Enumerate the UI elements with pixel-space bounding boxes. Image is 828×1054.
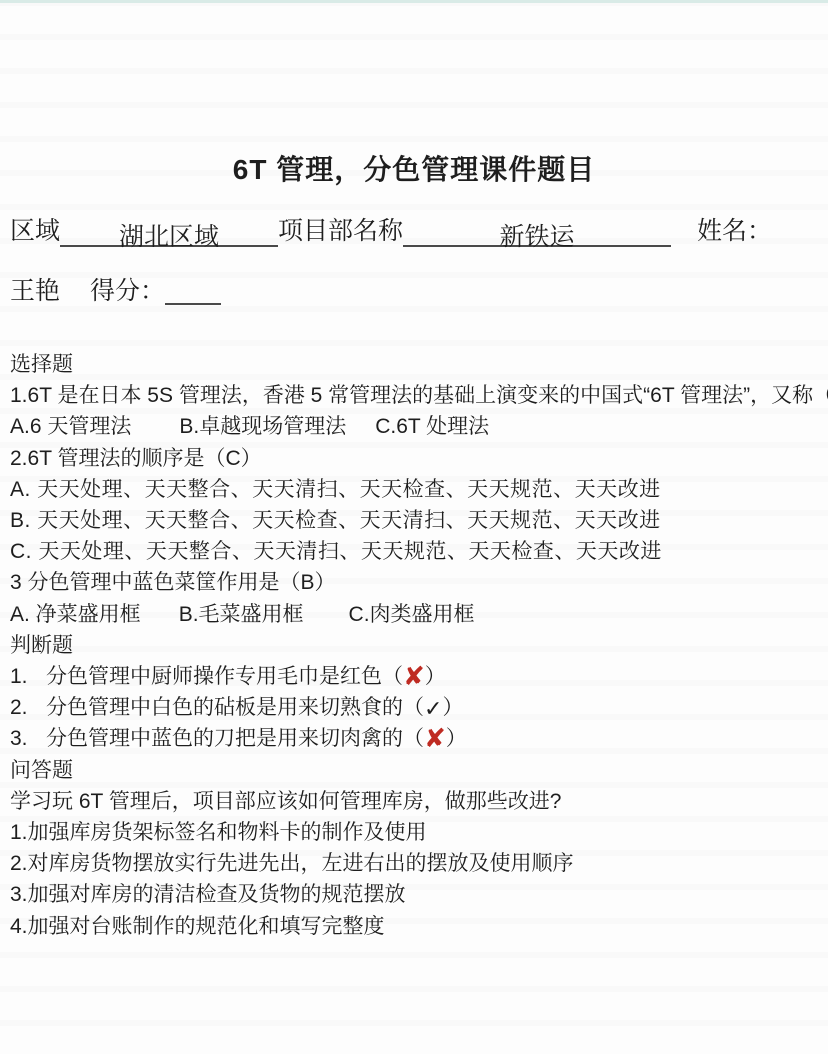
score-label: 得分： xyxy=(90,277,165,305)
project-label: 项目部名称 xyxy=(278,217,403,245)
quiz-document-page: 6T 管理，分色管理课件题目 区域湖北区域项目部名称新铁运姓名： 王艳得分： 选… xyxy=(0,0,828,1054)
qa-answer-4: 4.加强对台账制作的规范化和填写完整度 xyxy=(10,911,824,942)
close-paren: ） xyxy=(442,696,463,719)
judgment-item-2: 2.分色管理中白色的砧板是用来切熟食的（✓） xyxy=(10,692,824,723)
open-paren: （ xyxy=(403,696,424,719)
wrong-mark-icon: ✘ xyxy=(424,725,446,751)
choice-q1-option-a: A.6 天管理法 xyxy=(10,415,131,438)
section-heading-judgment: 判断题 xyxy=(10,630,824,661)
judgment-item-3-text: 分色管理中蓝色的刀把是用来切肉禽的 xyxy=(46,727,403,750)
choice-q2-text: 2.6T 管理法的顺序是（C） xyxy=(10,443,824,474)
qa-answer-3: 3.加强对库房的清洁检查及货物的规范摆放 xyxy=(10,879,824,910)
name-value: 王艳 xyxy=(10,277,60,305)
qa-prompt: 学习玩 6T 管理后，项目部应该如何管理库房，做那些改进? xyxy=(10,786,824,817)
section-heading-choice: 选择题 xyxy=(10,349,824,380)
judgment-item-2-text: 分色管理中白色的砧板是用来切熟食的 xyxy=(46,696,403,719)
choice-q1-option-b: B.卓越现场管理法 xyxy=(179,415,346,438)
choice-q1-options: A.6 天管理法B.卓越现场管理法C.6T 处理法 xyxy=(10,411,824,442)
question-body: 选择题 1.6T 是在日本 5S 管理法，香港 5 常管理法的基础上演变来的中国… xyxy=(0,349,828,942)
judgment-item-1-number: 1. xyxy=(10,661,46,692)
close-paren: ） xyxy=(446,727,467,750)
open-paren: （ xyxy=(382,665,403,688)
header-fields-row: 区域湖北区域项目部名称新铁运姓名： xyxy=(0,213,828,249)
region-blank-field: 湖北区域 xyxy=(60,219,278,247)
choice-q3-text: 3 分色管理中蓝色菜筐作用是（B） xyxy=(10,567,824,598)
judgment-item-3: 3.分色管理中蓝色的刀把是用来切肉禽的（✘） xyxy=(10,723,824,754)
check-mark-icon: ✓ xyxy=(424,698,442,720)
choice-q2-option-a: A. 天天处理、天天整合、天天清扫、天天检查、天天规范、天天改进 xyxy=(10,474,824,505)
name-label: 姓名： xyxy=(697,217,772,245)
section-heading-qa: 问答题 xyxy=(10,755,824,786)
score-blank-field xyxy=(165,277,221,305)
choice-q3-option-c: C.肉类盛用框 xyxy=(349,603,475,626)
page-title: 6T 管理，分色管理课件题目 xyxy=(0,149,828,191)
choice-q2-option-b: B. 天天处理、天天整合、天天检查、天天清扫、天天规范、天天改进 xyxy=(10,505,824,536)
choice-q3-option-a: A. 净菜盛用框 xyxy=(10,603,141,626)
region-value: 湖北区域 xyxy=(119,223,219,251)
judgment-item-1-text: 分色管理中厨师操作专用毛巾是红色 xyxy=(46,665,382,688)
judgment-item-1: 1.分色管理中厨师操作专用毛巾是红色（✘） xyxy=(10,661,824,692)
judgment-item-2-number: 2. xyxy=(10,692,46,723)
choice-q3-options: A. 净菜盛用框B.毛菜盛用框C.肉类盛用框 xyxy=(10,599,824,630)
choice-q2-option-c: C. 天天处理、天天整合、天天清扫、天天规范、天天检查、天天改进 xyxy=(10,536,824,567)
choice-q1-text: 1.6T 是在日本 5S 管理法，香港 5 常管理法的基础上演变来的中国式“6T… xyxy=(10,380,824,411)
name-score-row: 王艳得分： xyxy=(0,273,828,309)
qa-answer-1: 1.加强库房货架标签名和物料卡的制作及使用 xyxy=(10,817,824,848)
choice-q1-option-c: C.6T 处理法 xyxy=(375,415,489,438)
wrong-mark-icon: ✘ xyxy=(403,663,425,689)
project-blank-field: 新铁运 xyxy=(403,219,671,247)
judgment-item-3-number: 3. xyxy=(10,723,46,754)
scan-top-edge xyxy=(0,0,828,3)
region-label: 区域 xyxy=(10,217,60,245)
open-paren: （ xyxy=(403,727,424,750)
qa-answer-2: 2.对库房货物摆放实行先进先出，左进右出的摆放及使用顺序 xyxy=(10,848,824,879)
choice-q3-option-b: B.毛菜盛用框 xyxy=(179,603,304,626)
project-value: 新铁运 xyxy=(500,223,575,251)
close-paren: ） xyxy=(425,665,446,688)
